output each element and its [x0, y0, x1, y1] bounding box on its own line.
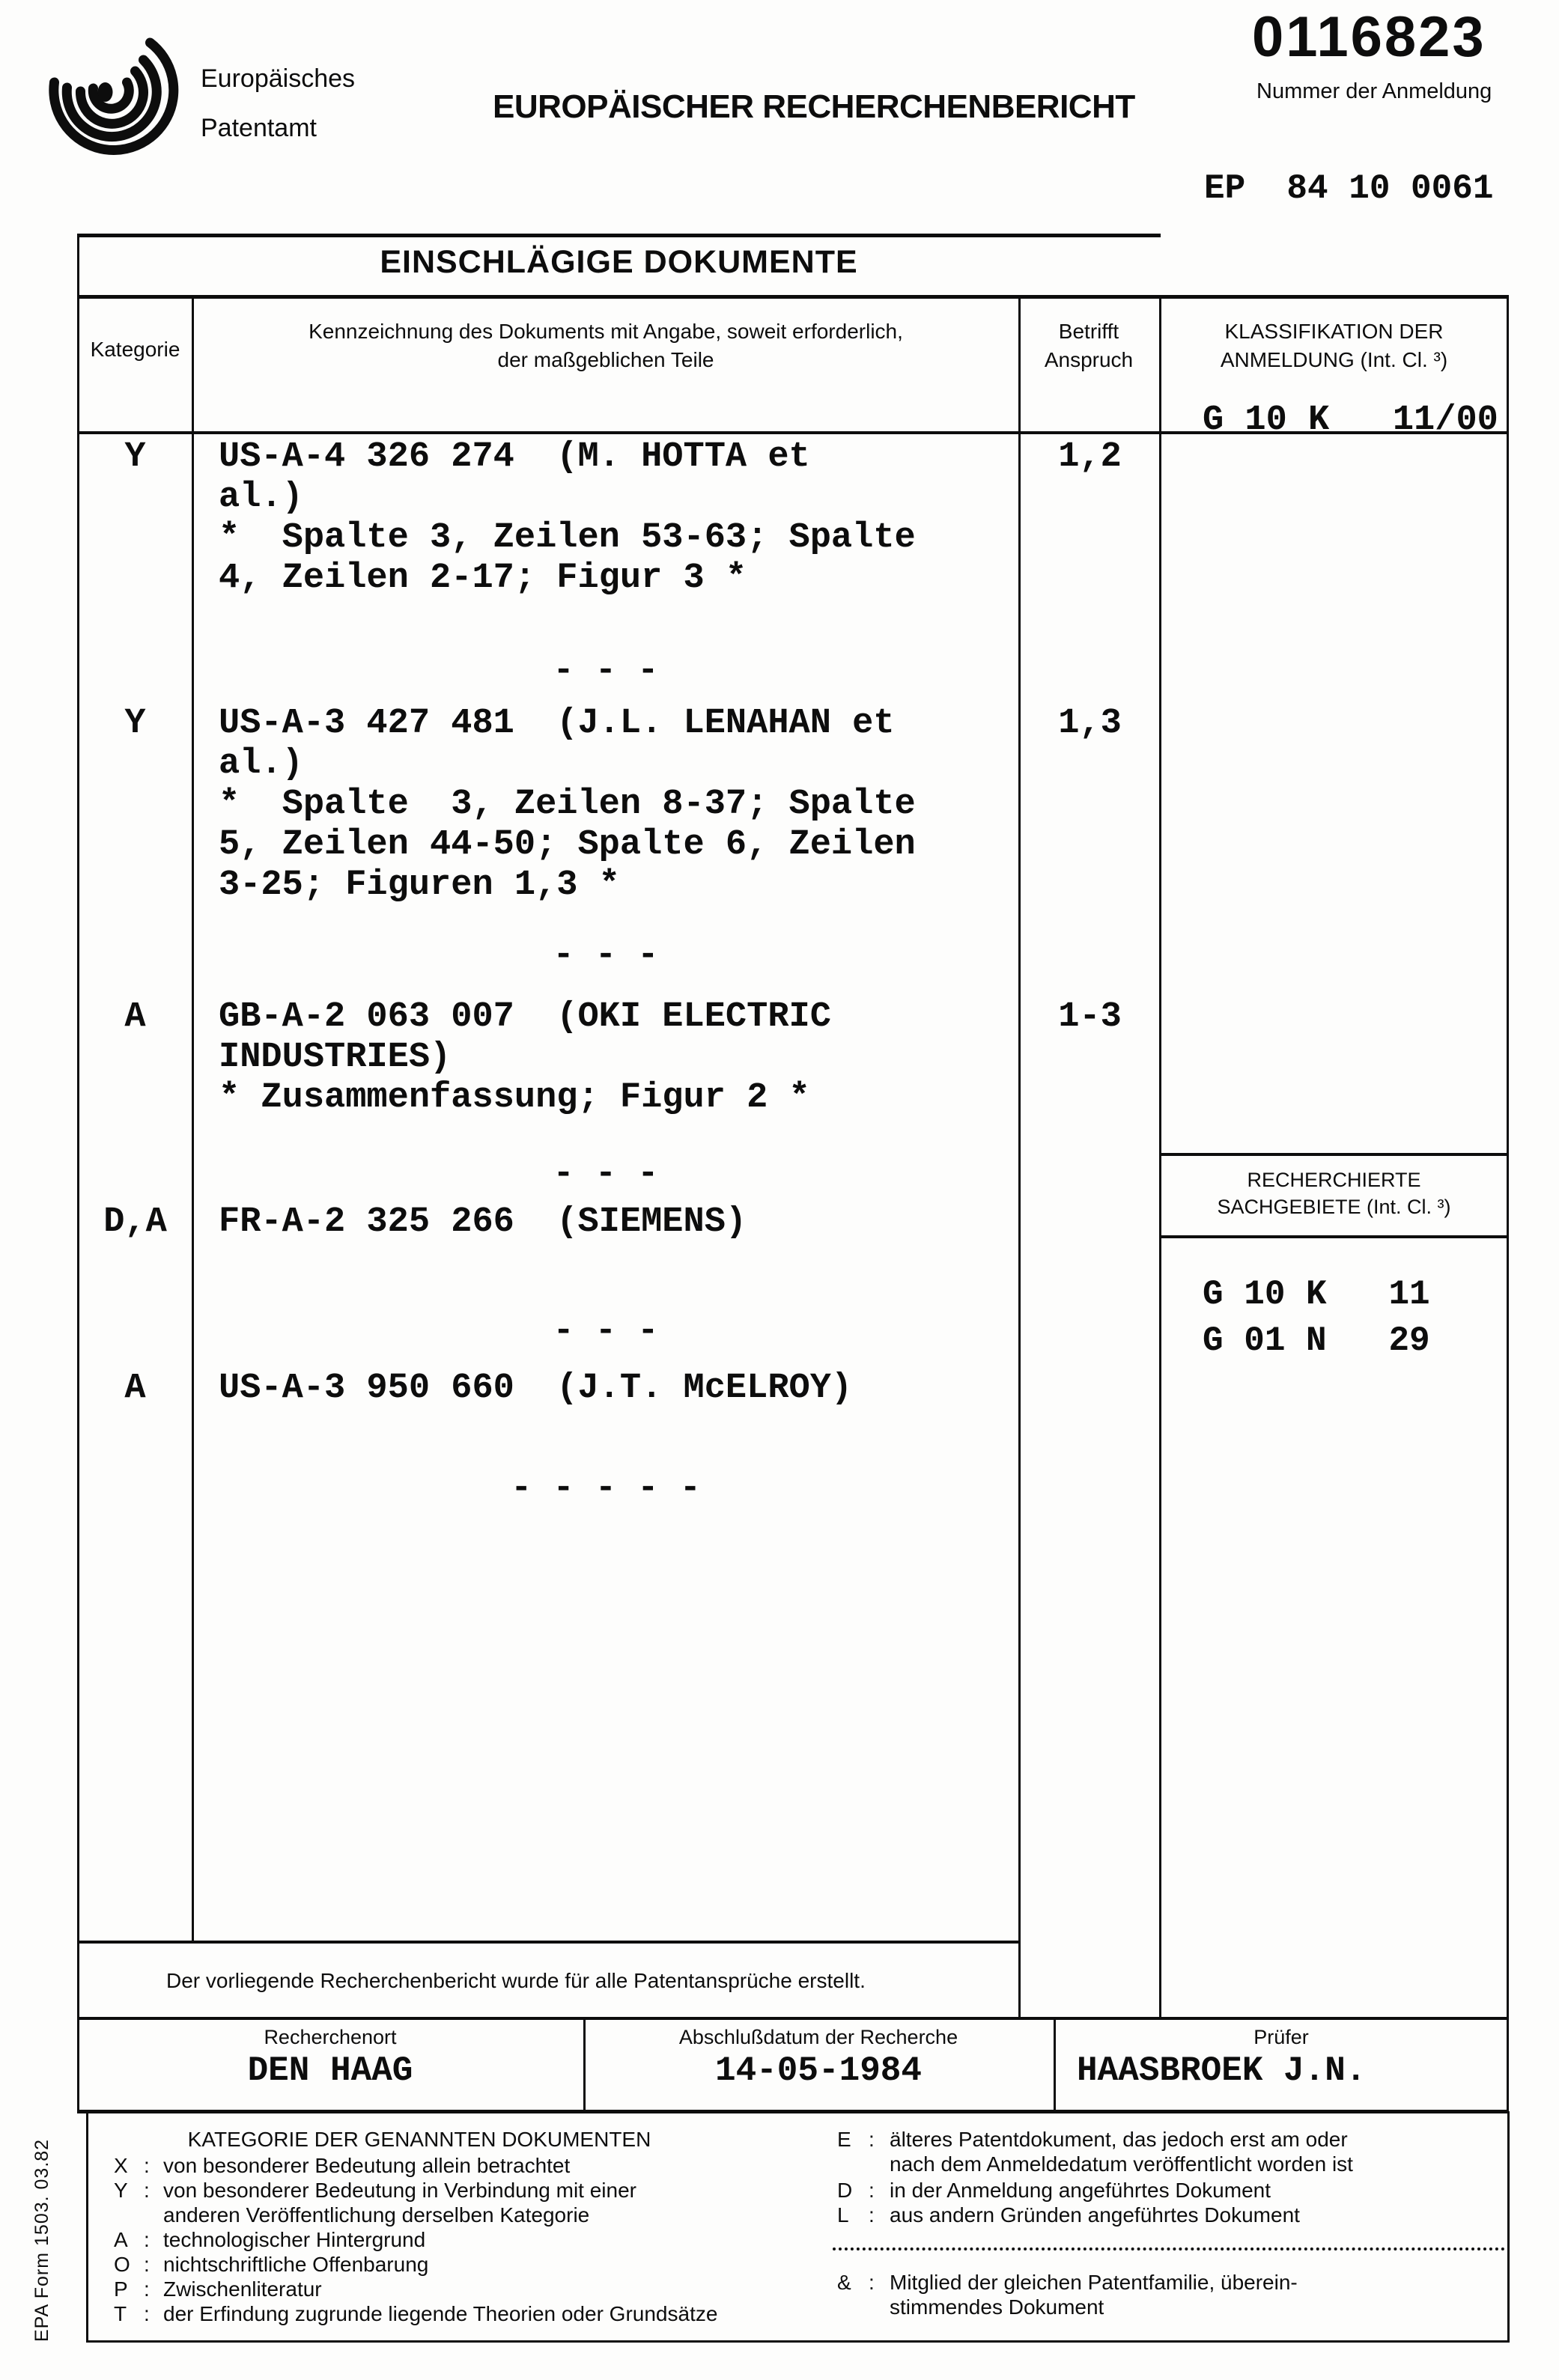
legend-key: D — [837, 2178, 863, 2203]
row-claim: 1,2 — [1021, 437, 1159, 478]
row-separator: - - - — [193, 1154, 1018, 1195]
legend-text: von besonderer Bedeutung allein betracht… — [163, 2153, 867, 2178]
column-header-claim: Betrifft Anspruch — [1018, 317, 1159, 374]
legend-text: der Erfindung zugrunde liegende Theorien… — [163, 2301, 867, 2326]
row-citation: US-A-3 950 660 (J.T. McELROY) — [219, 1369, 852, 1409]
all-claims-note: Der vorliegende Recherchenbericht wurde … — [166, 1969, 866, 1993]
application-number: EP 84 10 0061 — [1204, 169, 1493, 208]
legend-text: von besonderer Bedeutung in Verbindung m… — [163, 2178, 867, 2227]
row-claim: 1,3 — [1021, 704, 1159, 744]
classification-value: G 10 K 11/00 — [1203, 401, 1498, 441]
legend-text: nichtschriftliche Offenbarung — [163, 2252, 867, 2277]
row-claim: 1-3 — [1021, 997, 1159, 1038]
examiner-label: Prüfer — [1054, 2026, 1509, 2049]
office-name-line1: Europäisches — [201, 64, 355, 94]
row-category: A — [77, 1369, 193, 1409]
legend-colon: : — [144, 2252, 150, 2277]
border-searched-top — [1159, 1153, 1509, 1156]
row-citation: FR-A-2 325 266 (SIEMENS) — [219, 1202, 747, 1243]
place-of-search: DEN HAAG — [77, 2051, 583, 2090]
column-header-citation: Kennzeichnung des Dokuments mit Angabe, … — [193, 317, 1018, 374]
row-citation: US-A-4 326 274 (M. HOTTA et al.) * Spalt… — [219, 437, 916, 599]
border-note-bottom — [77, 2017, 1509, 2020]
legend-text: Mitglied der gleichen Patentfamilie, übe… — [890, 2270, 1504, 2319]
examiner: HAASBROEK J.N. — [1077, 2051, 1366, 2090]
border-searched-hdr-bottom — [1159, 1235, 1509, 1238]
border-table-top — [77, 234, 1161, 237]
legend-text: in der Anmeldung angeführtes Dokument — [890, 2178, 1504, 2203]
legend-key: T — [114, 2301, 136, 2326]
legend-colon: : — [869, 2203, 875, 2227]
office-name-line2: Patentamt — [201, 114, 317, 143]
report-title: EUROPÄISCHER RECHERCHENBERICHT — [493, 88, 1135, 126]
legend-key: O — [114, 2252, 136, 2277]
date-of-search: 14-05-1984 — [583, 2051, 1054, 2090]
row-separator-final: - - - - - — [193, 1469, 1018, 1509]
epo-logo-graphic — [37, 19, 191, 161]
form-id: EPA Form 1503. 03.82 — [31, 2117, 53, 2342]
legend-text: technologischer Hintergrund — [163, 2227, 867, 2252]
legend-colon: : — [144, 2301, 150, 2326]
legend-colon: : — [144, 2277, 150, 2301]
date-of-search-label: Abschlußdatum der Recherche — [583, 2026, 1054, 2049]
legend-dotted-divider — [833, 2247, 1505, 2250]
legend-key: X — [114, 2153, 136, 2178]
row-category: D,A — [77, 1202, 193, 1243]
row-citation: US-A-3 427 481 (J.L. LENAHAN et al.) * S… — [219, 704, 916, 906]
border-header-bottom — [77, 295, 1509, 299]
epo-logo — [37, 19, 191, 161]
place-of-search-label: Recherchenort — [77, 2026, 583, 2049]
legend-text: aus andern Gründen angeführtes Dokument — [890, 2203, 1504, 2227]
legend-key: Y — [114, 2178, 136, 2203]
publication-number: 0116823 — [1252, 4, 1486, 70]
border-category-col — [192, 295, 194, 1941]
row-separator: - - - — [193, 651, 1018, 692]
legend-colon: : — [144, 2153, 150, 2178]
row-citation: GB-A-2 063 007 (OKI ELECTRIC INDUSTRIES)… — [219, 997, 831, 1119]
legend-key: P — [114, 2277, 136, 2301]
legend-text: älteres Patentdokument, das jedoch erst … — [890, 2127, 1504, 2176]
legend-colon: : — [869, 2270, 875, 2295]
legend-key: L — [837, 2203, 863, 2227]
border-classification-col — [1159, 295, 1161, 2017]
legend-colon: : — [869, 2178, 875, 2203]
searched-fields-header: RECHERCHIERTE SACHGEBIETE (Int. Cl. ³) — [1159, 1166, 1509, 1220]
search-report-page: Europäisches Patentamt EUROPÄISCHER RECH… — [0, 0, 1559, 2380]
legend-title: KATEGORIE DER GENANNTEN DOKUMENTEN — [97, 2127, 741, 2152]
searched-fields-values: G 10 K 11 G 01 N 29 — [1203, 1271, 1430, 1364]
legend-key: A — [114, 2227, 136, 2252]
table-title: EINSCHLÄGIGE DOKUMENTE — [77, 244, 1161, 281]
legend-colon: : — [144, 2178, 150, 2203]
legend-key: E — [837, 2127, 863, 2152]
row-separator: - - - — [193, 936, 1018, 976]
legend-text: Zwischenliteratur — [163, 2277, 867, 2301]
column-header-category: Kategorie — [77, 335, 193, 364]
row-category: A — [77, 997, 193, 1038]
row-separator: - - - — [193, 1312, 1018, 1352]
application-number-label: Nummer der Anmeldung — [1256, 79, 1492, 104]
border-claim-col — [1018, 295, 1021, 2017]
column-header-classification: KLASSIFIKATION DER ANMELDUNG (Int. Cl. ³… — [1159, 317, 1509, 374]
legend-colon: : — [869, 2127, 875, 2152]
row-category: Y — [77, 437, 193, 478]
border-left — [77, 234, 79, 2110]
border-note-top — [77, 1941, 1021, 1944]
legend-key: & — [837, 2270, 863, 2295]
legend-colon: : — [144, 2227, 150, 2252]
row-category: Y — [77, 704, 193, 744]
